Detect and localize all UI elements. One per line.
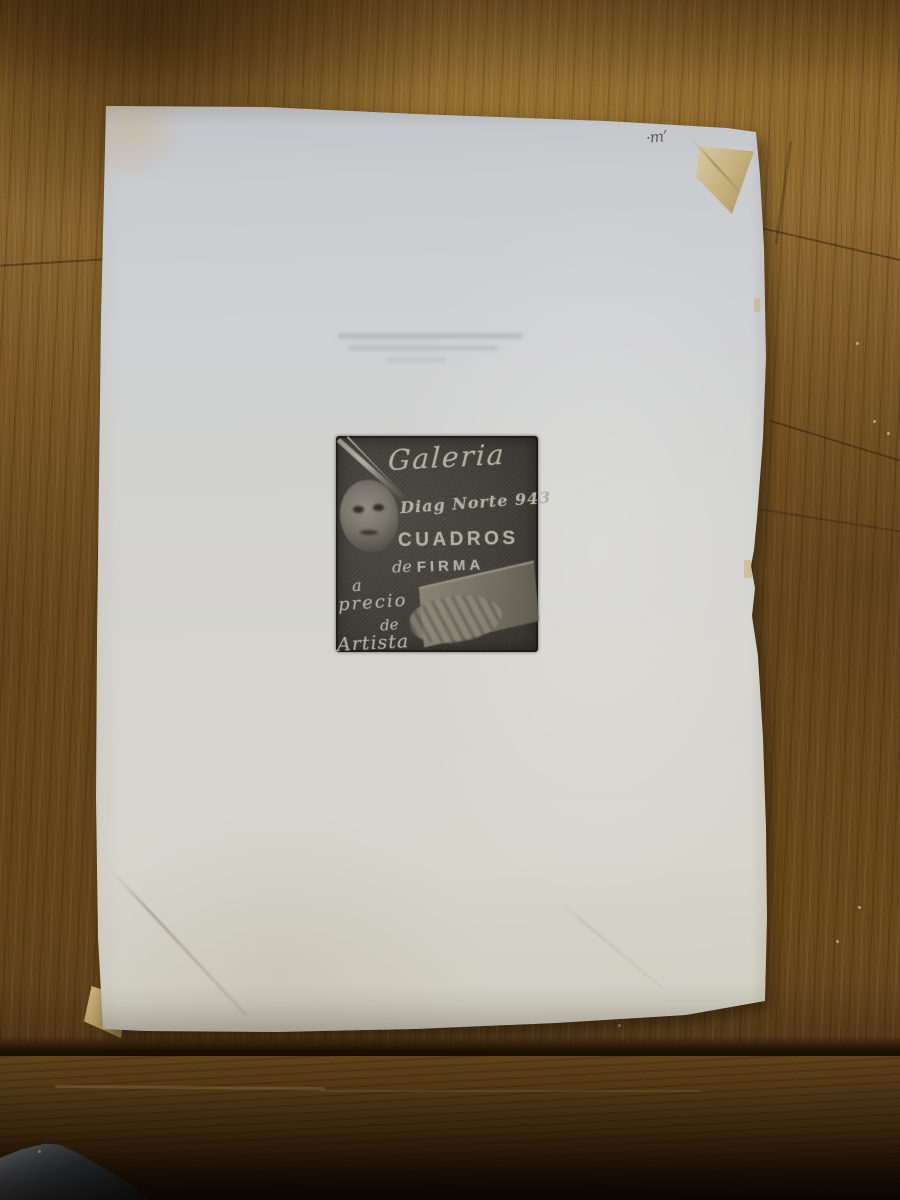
dust-speck bbox=[858, 906, 861, 909]
faint-crease bbox=[555, 898, 664, 990]
stamp-gallery-name: Galeria bbox=[387, 438, 506, 477]
dust-speck bbox=[873, 420, 876, 423]
artist-face-illustration bbox=[340, 480, 398, 552]
edge-tear bbox=[744, 560, 752, 578]
dust-speck bbox=[856, 342, 859, 345]
dust-speck bbox=[887, 432, 890, 435]
pencil-mark: ·m’ bbox=[645, 127, 668, 147]
stamp-subheadline: deFIRMA bbox=[392, 554, 485, 576]
show-through-text bbox=[338, 334, 523, 338]
wood-table-edge bbox=[0, 1056, 900, 1200]
pamphlet-back-page: ·m’ Galeria Diag Norte 943 CUADROS deFIR… bbox=[86, 98, 778, 1042]
dust-speck bbox=[836, 940, 839, 943]
show-through-text bbox=[348, 346, 498, 350]
eye-detail bbox=[353, 506, 364, 513]
stamp-tagline-precio: precio bbox=[337, 590, 408, 616]
stamp-headline: CUADROS bbox=[398, 528, 519, 552]
edge-tear bbox=[754, 298, 760, 312]
stamp-address: Diag Norte 943 bbox=[400, 488, 552, 518]
show-through-text bbox=[386, 358, 446, 362]
folded-corner bbox=[696, 146, 754, 214]
mouth-detail bbox=[360, 530, 378, 535]
stamp-sub-small: de bbox=[392, 557, 412, 577]
gallery-stamp: Galeria Diag Norte 943 CUADROS deFIRMA a… bbox=[336, 436, 538, 652]
wood-scuff bbox=[320, 1090, 700, 1092]
stone-highlight bbox=[38, 1150, 41, 1153]
photograph: ·m’ Galeria Diag Norte 943 CUADROS deFIR… bbox=[0, 0, 900, 1200]
corner-crease bbox=[109, 868, 247, 1016]
eye-detail bbox=[373, 504, 384, 511]
stamp-tagline-artista: Artista bbox=[336, 630, 409, 656]
stamp-sub-caps: FIRMA bbox=[416, 556, 484, 575]
paper-sheet: ·m’ Galeria Diag Norte 943 CUADROS deFIR… bbox=[86, 98, 778, 1042]
